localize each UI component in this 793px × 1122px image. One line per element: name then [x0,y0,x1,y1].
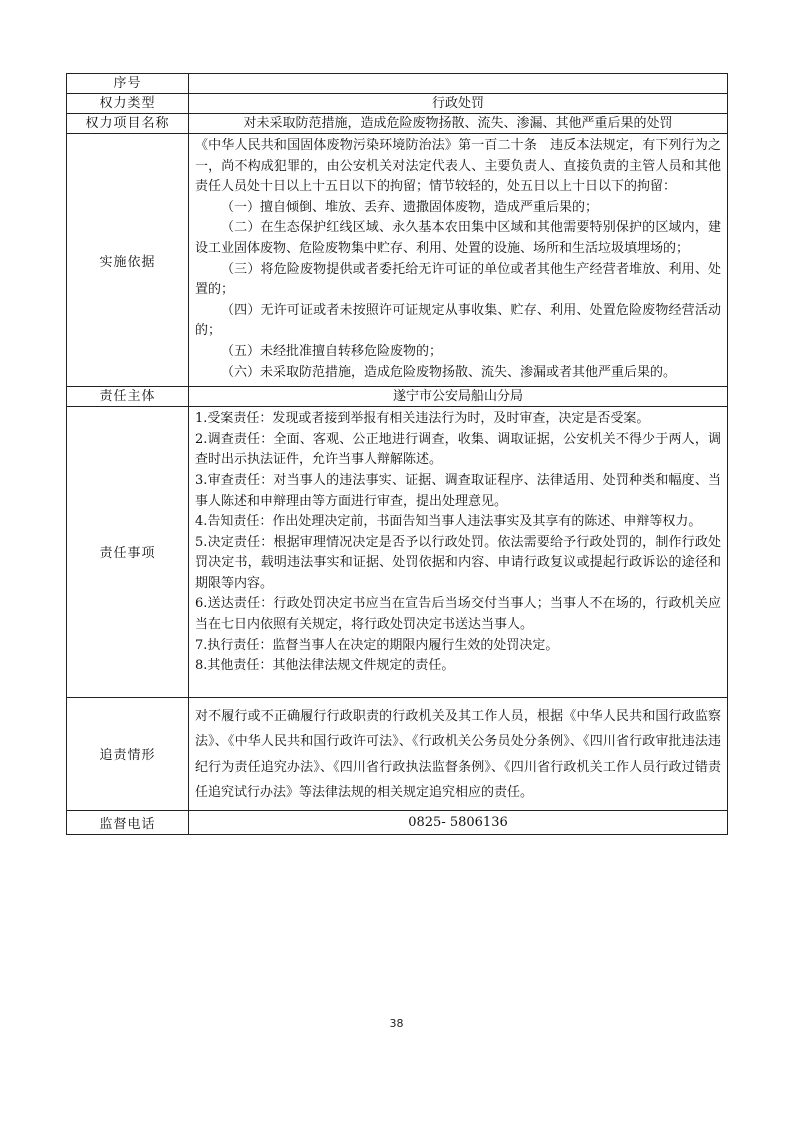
basis-item-6: （六）未采取防范措施，造成危险废物扬散、流失、渗漏或者其他严重后果的。 [195,363,721,384]
accountability-text: 对不履行或不正确履行行政职责的行政机关及其工作人员，根据《中华人民共和国行政监察… [195,704,721,806]
basis-item-4: （四）无许可证或者未按照许可证规定从事收集、贮存、利用、处置危险废物经营活动的； [195,301,721,342]
power-item-name-label: 权力项目名称 [67,114,189,134]
document-page: 序号 权力类型 行政处罚 权力项目名称 对未采取防范措施，造成危险废物扬散、流失… [0,0,793,1122]
responsibility-item-8: 8.其他责任：其他法律法规文件规定的责任。 [195,656,721,677]
responsibility-item-3: 3.审查责任：对当事人的违法事实、证据、调查取证程序、法律适用、处罚种类和幅度、… [195,471,721,512]
row-supervision-phone: 监督电话 0825- 5806136 [67,810,728,834]
power-list-table: 序号 权力类型 行政处罚 权力项目名称 对未采取防范措施，造成危险废物扬散、流失… [66,73,728,835]
row-power-type: 权力类型 行政处罚 [67,94,728,114]
serial-value [189,74,728,94]
basis-intro: 《中华人民共和国固体废物污染环境防治法》第一百二十条 违反本法规定，有下列行为之… [195,136,721,198]
basis-item-1: （一）擅自倾倒、堆放、丢弃、遗撒固体废物，造成严重后果的； [195,198,721,219]
power-type-label: 权力类型 [67,94,189,114]
serial-label: 序号 [67,74,189,94]
basis-label: 实施依据 [67,134,189,387]
responsibilities-label: 责任事项 [67,407,189,698]
basis-item-5: （五）未经批准擅自转移危险废物的； [195,342,721,363]
accountability-value: 对不履行或不正确履行行政职责的行政机关及其工作人员，根据《中华人民共和国行政监察… [189,697,728,810]
row-serial: 序号 [67,74,728,94]
basis-value: 《中华人民共和国固体废物污染环境防治法》第一百二十条 违反本法规定，有下列行为之… [189,134,728,387]
responsible-subject-label: 责任主体 [67,387,189,407]
basis-item-2: （二）在生态保护红线区域、永久基本农田集中区域和其他需要特别保护的区域内，建设工… [195,218,721,259]
responsibility-item-4: 4.告知责任：作出处理决定前，书面告知当事人违法事实及其享有的陈述、申辩等权力。 [195,512,721,533]
responsibility-item-5: 5.决定责任：根据审理情况决定是否予以行政处罚。依法需要给予行政处罚的，制作行政… [195,533,721,595]
supervision-phone-value: 0825- 5806136 [189,810,728,834]
power-item-name-value: 对未采取防范措施，造成危险废物扬散、流失、渗漏、其他严重后果的处罚 [189,114,728,134]
responsible-subject-value: 遂宁市公安局船山分局 [189,387,728,407]
supervision-phone-label: 监督电话 [67,810,189,834]
row-basis: 实施依据 《中华人民共和国固体废物污染环境防治法》第一百二十条 违反本法规定，有… [67,134,728,387]
responsibility-item-7: 7.执行责任：监督当事人在决定的期限内履行生效的处罚决定。 [195,636,721,657]
responsibility-item-1: 1.受案责任：发现或者接到举报有相关违法行为时，及时审查，决定是否受案。 [195,409,721,430]
row-power-item-name: 权力项目名称 对未采取防范措施，造成危险废物扬散、流失、渗漏、其他严重后果的处罚 [67,114,728,134]
responsibility-item-2: 2.调查责任：全面、客观、公正地进行调查，收集、调取证据，公安机关不得少于两人，… [195,430,721,471]
power-type-value: 行政处罚 [189,94,728,114]
row-responsible-subject: 责任主体 遂宁市公安局船山分局 [67,387,728,407]
basis-item-3: （三）将危险废物提供或者委托给无许可证的单位或者其他生产经营者堆放、利用、处置的… [195,260,721,301]
accountability-label: 追责情形 [67,697,189,810]
responsibilities-value: 1.受案责任：发现或者接到举报有相关违法行为时，及时审查，决定是否受案。 2.调… [189,407,728,698]
responsibility-item-6: 6.送达责任：行政处罚决定书应当在宣告后当场交付当事人；当事人不在场的，行政机关… [195,594,721,635]
row-accountability: 追责情形 对不履行或不正确履行行政职责的行政机关及其工作人员，根据《中华人民共和… [67,697,728,810]
page-number: 38 [0,1017,793,1030]
row-responsibilities: 责任事项 1.受案责任：发现或者接到举报有相关违法行为时，及时审查，决定是否受案… [67,407,728,698]
